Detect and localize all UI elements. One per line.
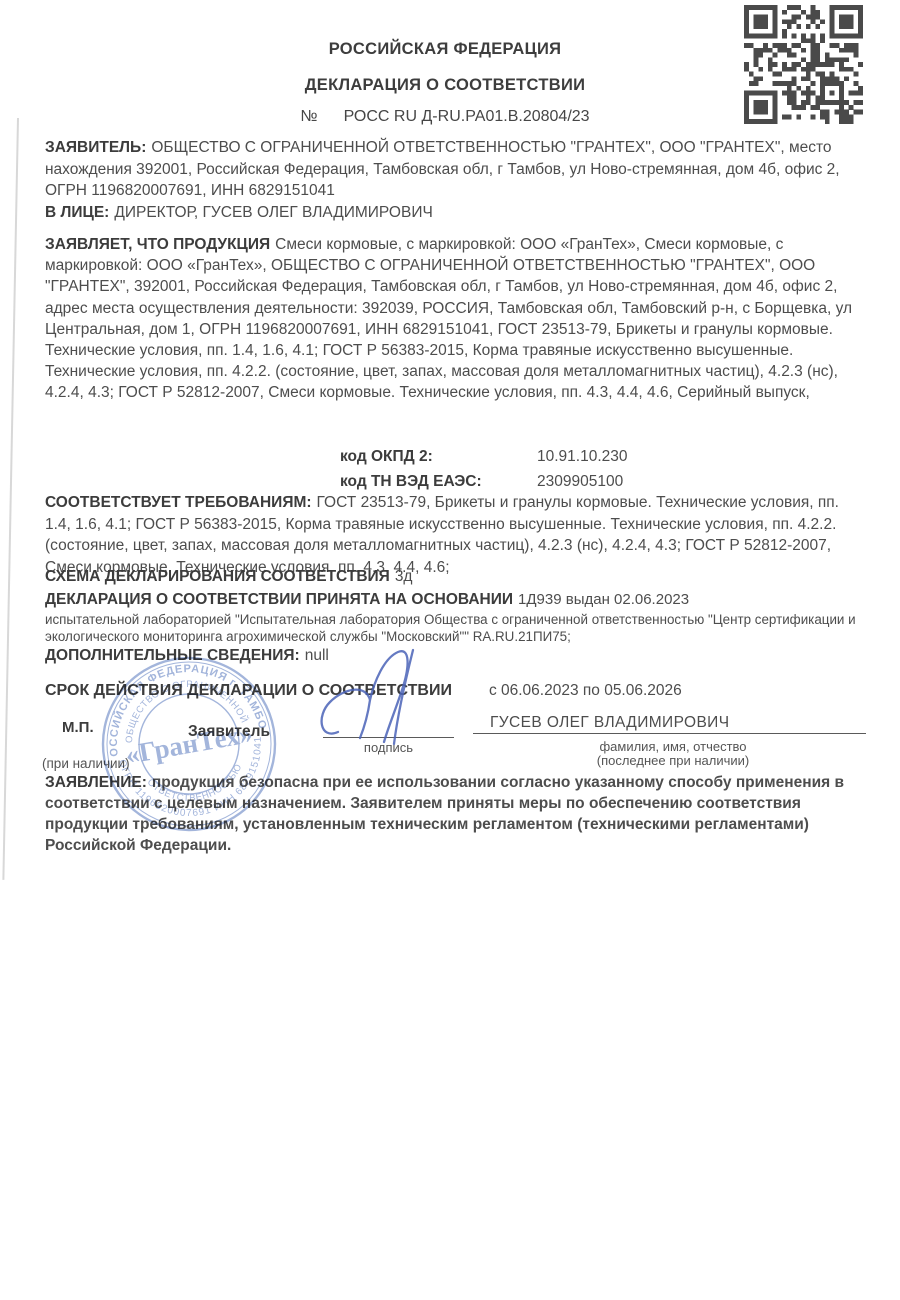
applicant-label: ЗАЯВИТЕЛЬ: bbox=[45, 139, 146, 156]
product-label: ЗАЯВЛЯЕТ, ЧТО ПРОДУКЦИЯ bbox=[45, 236, 270, 253]
scheme-label: СХЕМА ДЕКЛАРИРОВАНИЯ СООТВЕТСТВИЯ bbox=[45, 568, 390, 585]
declaration-document: РОССИЙСКАЯ ФЕДЕРАЦИЯ ДЕКЛАРАЦИЯ О СООТВЕ… bbox=[0, 0, 900, 1300]
qr-code-icon bbox=[744, 5, 863, 124]
okpd-row: код ОКПД 2: 10.91.10.230 bbox=[340, 444, 628, 469]
scheme-line: СХЕМА ДЕКЛАРИРОВАНИЯ СООТВЕТСТВИЯ3д bbox=[45, 566, 412, 588]
okpd-value: 10.91.10.230 bbox=[537, 444, 628, 469]
tnved-label: код ТН ВЭД ЕАЭС: bbox=[340, 469, 537, 494]
name-caption-2: (последнее при наличии) bbox=[480, 753, 866, 768]
product-paragraph: ЗАЯВЛЯЕТ, ЧТО ПРОДУКЦИЯСмеси кормовые, с… bbox=[45, 234, 865, 404]
scan-edge-line bbox=[2, 118, 18, 880]
in-person-label: В ЛИЦЕ: bbox=[45, 204, 109, 221]
scheme-value: 3д bbox=[395, 568, 413, 585]
company-stamp-seal: РОССИЙСКАЯ ФЕДЕРАЦИЯ г. ТАМБОВ ОГРН 1196… bbox=[80, 635, 298, 853]
signature-scribble bbox=[310, 644, 466, 752]
document-number: РОСС RU Д-RU.РА01.В.20804/23 bbox=[344, 108, 590, 126]
basis-details: испытательной лабораторией "Испытательна… bbox=[45, 611, 869, 646]
basis-paragraph: ДЕКЛАРАЦИЯ О СООТВЕТСТВИИ ПРИНЯТА НА ОСН… bbox=[45, 589, 869, 645]
applicant-text: ОБЩЕСТВО С ОГРАНИЧЕННОЙ ОТВЕТСТВЕННОСТЬЮ… bbox=[45, 139, 840, 199]
signatory-name: ГУСЕВ ОЛЕГ ВЛАДИМИРОВИЧ bbox=[490, 714, 729, 732]
okpd-label: код ОКПД 2: bbox=[340, 444, 537, 469]
compliance-label: СООТВЕТСТВУЕТ ТРЕБОВАНИЯМ: bbox=[45, 494, 312, 511]
tnved-row: код ТН ВЭД ЕАЭС: 2309905100 bbox=[340, 469, 628, 494]
applicant-paragraph: ЗАЯВИТЕЛЬ:ОБЩЕСТВО С ОГРАНИЧЕННОЙ ОТВЕТС… bbox=[45, 137, 859, 223]
basis-label: ДЕКЛАРАЦИЯ О СООТВЕТСТВИИ ПРИНЯТА НА ОСН… bbox=[45, 591, 513, 608]
number-sign: № bbox=[300, 108, 317, 126]
name-line bbox=[473, 733, 866, 734]
in-person-text: ДИРЕКТОР, ГУСЕВ ОЛЕГ ВЛАДИМИРОВИЧ bbox=[114, 204, 432, 221]
validity-value: с 06.06.2023 по 05.06.2026 bbox=[489, 682, 682, 699]
codes-block: код ОКПД 2: 10.91.10.230 код ТН ВЭД ЕАЭС… bbox=[340, 444, 628, 494]
tnved-value: 2309905100 bbox=[537, 469, 623, 494]
product-text: Смеси кормовые, с маркировкой: ООО «Гран… bbox=[45, 236, 852, 401]
name-caption-1: фамилия, имя, отчество bbox=[480, 739, 866, 754]
basis-value: 1Д939 выдан 02.06.2023 bbox=[518, 591, 689, 608]
